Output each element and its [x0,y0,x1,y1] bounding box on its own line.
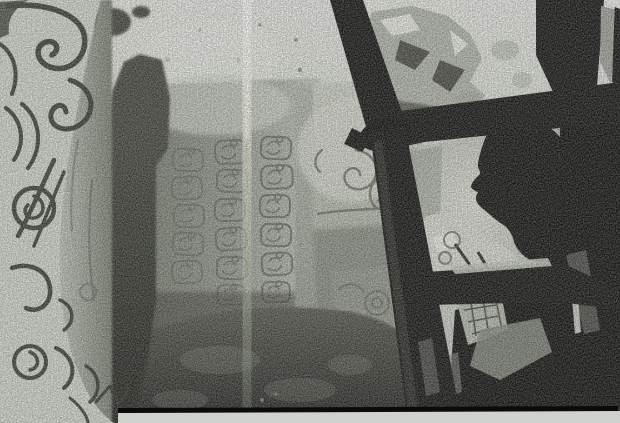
shirt-highlight [432,230,458,252]
left-painted-wall [0,0,128,423]
chamber-floor [106,307,422,423]
pole-base-light [418,338,440,396]
right-wall [295,78,422,355]
tomb-photo: Black-and-white halftone photograph of t… [0,0,620,423]
lit-stick [571,286,581,334]
lit-sliver [566,250,600,334]
lit-wedge [470,318,552,380]
vault-ceiling [93,6,332,151]
spiral-glyph-panel [315,150,414,214]
beam-top-highlight [450,258,552,274]
shadow-mass-right [446,86,620,412]
photo-frame [118,406,620,423]
frame-line [118,406,618,414]
film-grain-overlay [0,0,620,423]
hieroglyph-columns [171,135,293,305]
wood-scaffold [330,0,620,423]
fragment-glyph-marks [462,290,502,336]
back-wall [140,75,408,345]
scaffold-knot [356,114,414,156]
scaffold-spur [344,128,372,152]
wall-seen-through-scaffold [402,146,442,295]
post-light-gap [600,6,617,84]
tomb-photo-svg: Black-and-white halftone photograph of t… [0,0,620,423]
scaffold-crossbeam [393,82,620,148]
light-streak-artifact [243,0,252,411]
observer-shirt [424,213,522,292]
shirt-shadow-slashes [455,244,490,272]
observer-head [471,119,577,272]
lit-glyph-fragment [455,288,508,345]
hair-sheen [561,152,565,228]
plaster-background [0,0,620,423]
backlight-opening [396,124,566,302]
faint-ring-glyphs [411,231,433,275]
collar-rings [439,232,460,264]
right-edge-shadow [612,0,620,86]
scaffold-pole-lower [370,126,462,423]
scaffold-pole-upper [330,0,404,140]
wall-base-glyphs [338,284,389,328]
wall-edge-pillar [59,0,112,423]
observer-silhouette [424,119,577,292]
pole-lit-edge [374,140,420,423]
lit-bit [446,352,462,396]
margin-strip [118,411,620,423]
arm-beam [428,258,620,310]
scaffold-post-right [536,0,604,92]
corner-light [605,0,620,9]
shadow-crevice [104,54,170,423]
upper-right-mottling [456,40,532,108]
fallen-stone [360,6,486,126]
scroll-glyph-painting [0,0,128,422]
